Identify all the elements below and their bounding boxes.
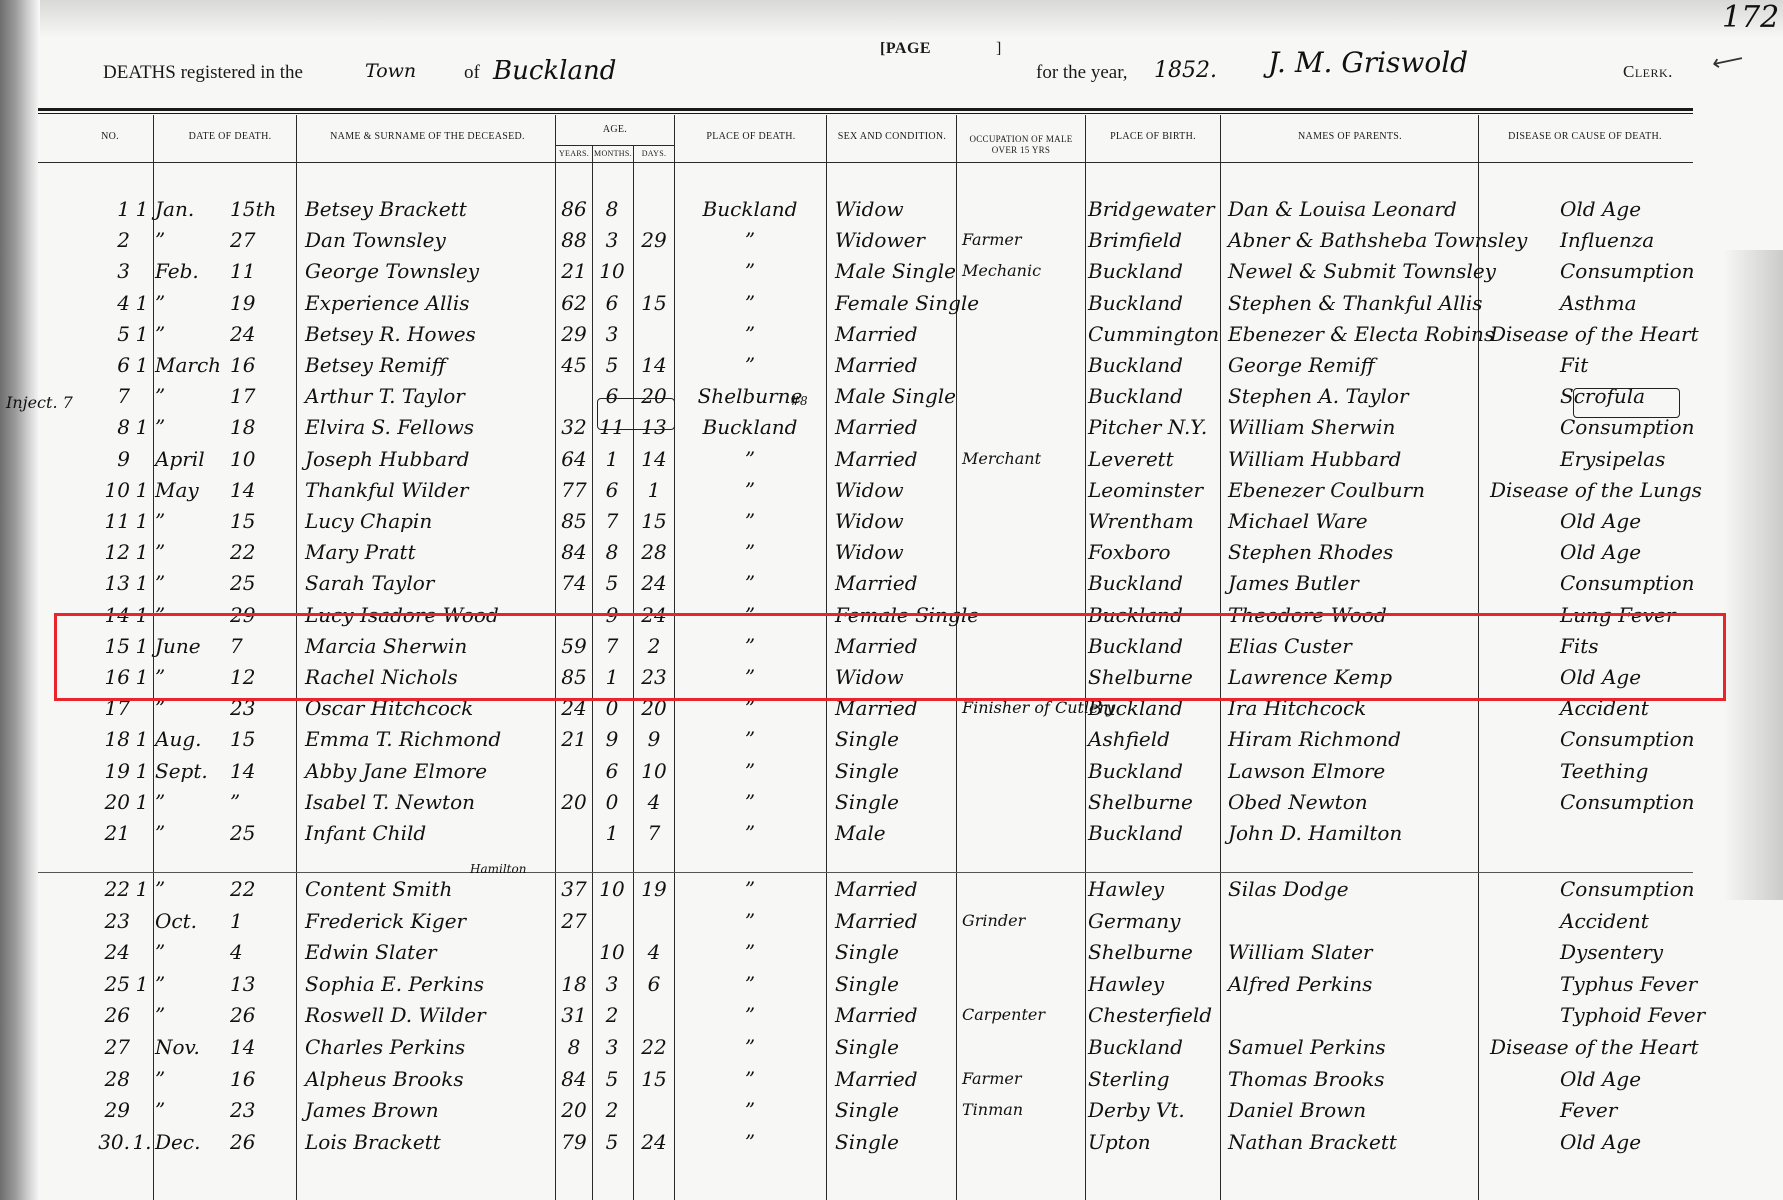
- cell-no: 2: [70, 228, 130, 252]
- cell-no: 22: [70, 877, 130, 901]
- cell-months: 10: [594, 259, 630, 283]
- cell-birthplace: Buckland: [1088, 571, 1218, 595]
- cell-sex: Married: [835, 353, 965, 377]
- col-header-years: Years.: [556, 148, 592, 159]
- cell-no: 7: [70, 384, 130, 408]
- cell-sex: Widow: [835, 540, 965, 564]
- cell-months: 6: [594, 759, 630, 783]
- cell-sex: Married: [835, 1003, 965, 1027]
- cell-name: Thankful Wilder: [305, 478, 560, 502]
- cell-sex: Single: [835, 727, 965, 751]
- page-bracket: ]: [996, 40, 1001, 58]
- cell-month: Jan.: [155, 197, 235, 221]
- cell-occupation: Farmer: [962, 228, 1087, 252]
- cell-mark: 1: [132, 571, 152, 595]
- header-rule-thick: [38, 108, 1693, 111]
- cell-name: Isabel T. Newton: [305, 790, 560, 814]
- cell-cause: Old Age: [1560, 197, 1783, 221]
- cell-month: ”: [155, 790, 235, 814]
- cell-day: 15: [230, 509, 280, 533]
- cell-sex: Widow: [835, 197, 965, 221]
- cell-birthplace: Bridgewater: [1088, 197, 1218, 221]
- cell-day: 13: [230, 972, 280, 996]
- cell-name: Mary Pratt: [305, 540, 560, 564]
- cell-place-of-death: ”: [670, 228, 830, 252]
- age-subheader-rule: [556, 145, 674, 146]
- cell-no: 21: [70, 821, 130, 845]
- cell-name: Roswell D. Wilder: [305, 1003, 560, 1027]
- cell-months: 7: [594, 509, 630, 533]
- age-bracket-row7: [597, 398, 675, 430]
- cell-no: 9: [70, 447, 130, 471]
- cell-month: Dec.: [155, 1130, 235, 1154]
- cell-place-of-death: ”: [670, 1130, 830, 1154]
- cell-name: Edwin Slater: [305, 940, 560, 964]
- cell-no: 28: [70, 1067, 130, 1091]
- cell-no: 20: [70, 790, 130, 814]
- cell-years: 88: [556, 228, 592, 252]
- cell-mark: 1: [132, 353, 152, 377]
- cell-day: 22: [230, 540, 280, 564]
- cell-days: 22: [636, 1035, 672, 1059]
- cell-month: ”: [155, 571, 235, 595]
- cell-birthplace: Pitcher N.Y.: [1088, 415, 1218, 439]
- cell-name: Betsey R. Howes: [305, 322, 560, 346]
- cell-cause: Consumption: [1560, 877, 1783, 901]
- cell-years: 74: [556, 571, 592, 595]
- paper-smudge-top: [40, 0, 1783, 38]
- cell-place-of-death: ”: [670, 759, 830, 783]
- cell-parents: Abner & Bathsheba Townsley: [1228, 228, 1478, 252]
- cell-name: Charles Perkins: [305, 1035, 560, 1059]
- cell-years: 32: [556, 415, 592, 439]
- cell-birthplace: Chesterfield: [1088, 1003, 1218, 1027]
- cell-day: 22: [230, 877, 280, 901]
- cell-days: 1: [636, 478, 672, 502]
- year-label: for the year,: [1036, 62, 1128, 84]
- cell-months: 2: [594, 1098, 630, 1122]
- cell-years: 20: [556, 790, 592, 814]
- cell-no: 25: [70, 972, 130, 996]
- cell-parents: John D. Hamilton: [1228, 821, 1478, 845]
- cell-birthplace: Shelburne: [1088, 940, 1218, 964]
- cell-month: Sept.: [155, 759, 235, 783]
- cell-years: 21: [556, 727, 592, 751]
- cell-sex: Married: [835, 322, 965, 346]
- cell-sex: Widow: [835, 509, 965, 533]
- cell-months: 1: [594, 821, 630, 845]
- cell-day: 18: [230, 415, 280, 439]
- cell-sex: Single: [835, 1035, 965, 1059]
- cell-no: 6: [70, 353, 130, 377]
- cell-sex: Widow: [835, 478, 965, 502]
- cell-place-of-death: ”: [670, 790, 830, 814]
- cell-days: 4: [636, 790, 672, 814]
- cell-days: 19: [636, 877, 672, 901]
- cell-no: 19: [70, 759, 130, 783]
- cell-name: Lucy Chapin: [305, 509, 560, 533]
- cell-name: Sophia E. Perkins: [305, 972, 560, 996]
- cell-day: 15: [230, 727, 280, 751]
- cell-years: 31: [556, 1003, 592, 1027]
- cell-sex: Married: [835, 877, 965, 901]
- cell-day: 25: [230, 571, 280, 595]
- cell-month: ”: [155, 540, 235, 564]
- cell-days: 4: [636, 940, 672, 964]
- cell-months: 3: [594, 1035, 630, 1059]
- cell-month: April: [155, 447, 235, 471]
- cell-birthplace: Hawley: [1088, 877, 1218, 901]
- cell-cause: Consumption: [1560, 727, 1783, 751]
- col-header-no: No.: [80, 131, 140, 142]
- cell-name: Experience Allis: [305, 291, 560, 315]
- cell-birthplace: Wrentham: [1088, 509, 1218, 533]
- cell-years: 86: [556, 197, 592, 221]
- cell-sex: Single: [835, 940, 965, 964]
- cell-cause: Asthma: [1560, 291, 1783, 315]
- col-header-date: Date of Death.: [160, 131, 300, 142]
- cell-no: 10: [70, 478, 130, 502]
- cell-mark: 1: [132, 291, 152, 315]
- cell-sex: Married: [835, 447, 965, 471]
- cell-month: ”: [155, 821, 235, 845]
- cell-months: 3: [594, 972, 630, 996]
- cell-month: ”: [155, 228, 235, 252]
- cell-parents: Thomas Brooks: [1228, 1067, 1478, 1091]
- cell-mark: 1: [132, 972, 152, 996]
- cell-sex: Female Single: [835, 291, 965, 315]
- cell-no: 30.: [70, 1130, 130, 1154]
- cell-years: 62: [556, 291, 592, 315]
- cell-place-of-death: ”: [670, 1067, 830, 1091]
- cell-months: 9: [594, 727, 630, 751]
- col-header-place-of-death: Place of Death.: [676, 131, 826, 142]
- cell-day: 16: [230, 353, 280, 377]
- cell-birthplace: Derby Vt.: [1088, 1098, 1218, 1122]
- cell-name: Frederick Kiger: [305, 909, 560, 933]
- title-deaths-label: DEATHS registered in the: [103, 62, 303, 84]
- cell-sex: Male Single: [835, 384, 965, 408]
- cell-day: 14: [230, 478, 280, 502]
- cell-birthplace: Ashfield: [1088, 727, 1218, 751]
- death-register-page: [PAGE ] 172 ⟵ DEATHS registered in the T…: [0, 0, 1783, 1200]
- cell-no: 27: [70, 1035, 130, 1059]
- cell-place-of-death: ”: [670, 821, 830, 845]
- cell-cause: Old Age: [1560, 540, 1783, 564]
- cell-sex: Widower: [835, 228, 965, 252]
- cell-days: 14: [636, 447, 672, 471]
- cell-months: 1: [594, 447, 630, 471]
- cell-cause: Fever: [1560, 1098, 1783, 1122]
- cell-sex: Single: [835, 1098, 965, 1122]
- cell-months: 8: [594, 540, 630, 564]
- cell-cause: Erysipelas: [1560, 447, 1783, 471]
- cell-parents: William Slater: [1228, 940, 1478, 964]
- cell-mark: 1: [132, 415, 152, 439]
- cell-place-of-death: ”: [670, 1003, 830, 1027]
- cell-cause: Old Age: [1560, 509, 1783, 533]
- cell-name: Emma T. Richmond: [305, 727, 560, 751]
- cell-no: 12: [70, 540, 130, 564]
- cell-name: Elvira S. Fellows: [305, 415, 560, 439]
- cell-birthplace: Buckland: [1088, 384, 1218, 408]
- cell-parents: Silas Dodge: [1228, 877, 1478, 901]
- cell-month: ”: [155, 877, 235, 901]
- cell-mark: 1: [132, 509, 152, 533]
- cell-name: Sarah Taylor: [305, 571, 560, 595]
- cell-parents: Lawson Elmore: [1228, 759, 1478, 783]
- cell-name: Alpheus Brooks: [305, 1067, 560, 1091]
- cell-mark: 1: [132, 727, 152, 751]
- cell-no: 3: [70, 259, 130, 283]
- cell-birthplace: Buckland: [1088, 353, 1218, 377]
- cell-mark: 1: [132, 478, 152, 502]
- cell-occupation: Mechanic: [962, 259, 1087, 283]
- cell-name: Betsey Remiff: [305, 353, 560, 377]
- col-header-sex-condition: Sex and Condition.: [827, 131, 957, 142]
- cell-months: 2: [594, 1003, 630, 1027]
- cell-name: Lois Brackett: [305, 1130, 560, 1154]
- cell-cause: Influenza: [1560, 228, 1783, 252]
- cell-no: 1: [70, 197, 130, 221]
- cell-birthplace: Buckland: [1088, 291, 1218, 315]
- cell-name: Joseph Hubbard: [305, 447, 560, 471]
- cell-months: 8: [594, 197, 630, 221]
- cell-month: Feb.: [155, 259, 235, 283]
- town-name: Buckland: [493, 56, 616, 86]
- cell-month: ”: [155, 384, 235, 408]
- col-header-days: Days.: [634, 148, 674, 159]
- title-of-label: of: [464, 62, 480, 84]
- cell-birthplace: Buckland: [1088, 759, 1218, 783]
- cell-years: 84: [556, 540, 592, 564]
- cell-mark: 1: [132, 759, 152, 783]
- cell-parents: Nathan Brackett: [1228, 1130, 1478, 1154]
- cell-place-of-death: ”: [670, 727, 830, 751]
- cell-birthplace: Buckland: [1088, 259, 1218, 283]
- cell-occupation: Merchant: [962, 447, 1087, 471]
- cell-place-of-death: ”: [670, 259, 830, 283]
- cell-no: 18: [70, 727, 130, 751]
- cell-months: 6: [594, 291, 630, 315]
- cell-no: 4: [70, 291, 130, 315]
- cell-cause: Accident: [1560, 909, 1783, 933]
- town-type: Town: [365, 60, 416, 82]
- cell-sex: Male Single: [835, 259, 965, 283]
- cell-years: 37: [556, 877, 592, 901]
- year-value: 1852.: [1154, 58, 1217, 83]
- cell-birthplace: Upton: [1088, 1130, 1218, 1154]
- cell-parents: Michael Ware: [1228, 509, 1478, 533]
- cell-parents: Alfred Perkins: [1228, 972, 1478, 996]
- cell-occupation: Carpenter: [962, 1003, 1087, 1027]
- cell-parents: William Hubbard: [1228, 447, 1478, 471]
- cell-place-of-death: ”: [670, 972, 830, 996]
- cell-day: 16: [230, 1067, 280, 1091]
- cell-occupation: Farmer: [962, 1067, 1087, 1091]
- cell-mark: 1.: [132, 1130, 152, 1154]
- cell-month: May: [155, 478, 235, 502]
- cell-years: 79: [556, 1130, 592, 1154]
- cell-parents: Dan & Louisa Leonard: [1228, 197, 1478, 221]
- cell-month: Aug.: [155, 727, 235, 751]
- cell-years: 64: [556, 447, 592, 471]
- cell-parents: Hiram Richmond: [1228, 727, 1478, 751]
- cell-years: 8: [556, 1035, 592, 1059]
- cell-months: 5: [594, 1130, 630, 1154]
- cell-place-of-death: ”: [670, 509, 830, 533]
- cell-occupation: Tinman: [962, 1098, 1087, 1122]
- cell-place-of-death: ”: [670, 291, 830, 315]
- cell-place-of-death: ”: [670, 877, 830, 901]
- cell-cause: Dysentery: [1560, 940, 1783, 964]
- cell-place-of-death: ”: [670, 940, 830, 964]
- col-header-months: Months.: [593, 148, 633, 159]
- cell-name: George Townsley: [305, 259, 560, 283]
- cell-birthplace: Cummington: [1088, 322, 1218, 346]
- cell-month: ”: [155, 415, 235, 439]
- cell-sex: Single: [835, 759, 965, 783]
- cell-cause: Old Age: [1560, 1067, 1783, 1091]
- cell-name: Dan Townsley: [305, 228, 560, 252]
- header-bottom-rule: [38, 162, 1693, 163]
- col-header-parents: Names of Parents.: [1221, 131, 1479, 142]
- cell-birthplace: Buckland: [1088, 821, 1218, 845]
- cell-no: 24: [70, 940, 130, 964]
- place-note-row7: #8: [790, 394, 808, 408]
- cell-days: 24: [636, 1130, 672, 1154]
- cell-cause: Disease of the Heart: [1490, 1035, 1750, 1059]
- book-binding-edge: [0, 0, 38, 1200]
- cell-parents: Ebenezer Coulburn: [1228, 478, 1478, 502]
- cell-parents: William Sherwin: [1228, 415, 1478, 439]
- page-label: [PAGE: [880, 40, 931, 58]
- cell-months: 6: [594, 478, 630, 502]
- cell-month: ”: [155, 940, 235, 964]
- cell-day: 11: [230, 259, 280, 283]
- cell-no: 8: [70, 415, 130, 439]
- cell-day: 4: [230, 940, 280, 964]
- cell-no: 26: [70, 1003, 130, 1027]
- cell-parents: Stephen A. Taylor: [1228, 384, 1478, 408]
- cell-day: 19: [230, 291, 280, 315]
- cell-name: Abby Jane Elmore: [305, 759, 560, 783]
- cell-day: 15th: [230, 197, 280, 221]
- cell-day: 17: [230, 384, 280, 408]
- page-number: 172: [1722, 0, 1779, 35]
- cell-month: ”: [155, 972, 235, 996]
- cell-month: ”: [155, 1067, 235, 1091]
- cell-parents: James Butler: [1228, 571, 1478, 595]
- cell-month: Nov.: [155, 1035, 235, 1059]
- arrow-mark-icon: ⟵: [1710, 45, 1746, 77]
- cell-sex: Single: [835, 1130, 965, 1154]
- cell-months: 10: [594, 940, 630, 964]
- cell-place-of-death: ”: [670, 1035, 830, 1059]
- cell-no: 5: [70, 322, 130, 346]
- cell-place-of-death: ”: [670, 353, 830, 377]
- cell-day: ”: [230, 790, 280, 814]
- clerk-label: Clerk.: [1623, 62, 1673, 82]
- cell-days: 15: [636, 291, 672, 315]
- cell-place-of-death: ”: [670, 909, 830, 933]
- cell-occupation: Grinder: [962, 909, 1087, 933]
- cell-place-of-death: ”: [670, 571, 830, 595]
- cell-birthplace: Sterling: [1088, 1067, 1218, 1091]
- cell-parents: Stephen & Thankful Allis: [1228, 291, 1478, 315]
- cell-birthplace: Leominster: [1088, 478, 1218, 502]
- cell-parents: Daniel Brown: [1228, 1098, 1478, 1122]
- cell-cause: Consumption: [1560, 790, 1783, 814]
- cell-day: 1: [230, 909, 280, 933]
- cell-place-of-death: ”: [670, 1098, 830, 1122]
- cell-name: Betsey Brackett: [305, 197, 560, 221]
- cell-parents: Samuel Perkins: [1228, 1035, 1478, 1059]
- cell-birthplace: Foxboro: [1088, 540, 1218, 564]
- cell-cause: Teething: [1560, 759, 1783, 783]
- cell-month: ”: [155, 509, 235, 533]
- col-header-age: Age.: [556, 124, 674, 135]
- cell-cause: Consumption: [1560, 259, 1783, 283]
- cell-years: 18: [556, 972, 592, 996]
- cell-months: 0: [594, 790, 630, 814]
- cell-cause: Old Age: [1560, 1130, 1783, 1154]
- clerk-signature: J. M. Griswold: [1268, 46, 1468, 79]
- cell-mark: 1: [132, 877, 152, 901]
- cell-mark: 1: [132, 790, 152, 814]
- cell-cause: Typhoid Fever: [1560, 1003, 1783, 1027]
- cell-years: 84: [556, 1067, 592, 1091]
- cell-parents: Stephen Rhodes: [1228, 540, 1478, 564]
- cell-month: March: [155, 353, 235, 377]
- cell-sex: Married: [835, 415, 965, 439]
- cell-month: ”: [155, 1003, 235, 1027]
- cell-day: 23: [230, 1098, 280, 1122]
- cell-name: Content Smith: [305, 877, 560, 901]
- cell-days: 7: [636, 821, 672, 845]
- cell-sex: Male: [835, 821, 965, 845]
- cause-bracket-row7: [1573, 388, 1680, 418]
- cell-birthplace: Leverett: [1088, 447, 1218, 471]
- header-rule-thin: [38, 113, 1693, 114]
- cell-years: 45: [556, 353, 592, 377]
- cell-day: 24: [230, 322, 280, 346]
- name-note-row21: Hamilton: [470, 862, 526, 876]
- cell-days: 15: [636, 509, 672, 533]
- cell-sex: Married: [835, 571, 965, 595]
- col-header-occupation: Occupation of Male over 15 Yrs: [957, 134, 1085, 156]
- cell-birthplace: Buckland: [1088, 1035, 1218, 1059]
- cell-place-of-death: ”: [670, 540, 830, 564]
- cell-years: 77: [556, 478, 592, 502]
- cell-cause: Disease of the Lungs: [1490, 478, 1750, 502]
- cell-no: 13: [70, 571, 130, 595]
- cell-days: 24: [636, 571, 672, 595]
- cell-day: 26: [230, 1003, 280, 1027]
- cell-months: 10: [594, 877, 630, 901]
- cell-sex: Single: [835, 790, 965, 814]
- cell-birthplace: Brimfield: [1088, 228, 1218, 252]
- cell-place-of-death: Buckland: [670, 415, 830, 439]
- cell-sex: Married: [835, 1067, 965, 1091]
- cell-days: 14: [636, 353, 672, 377]
- cell-no: 11: [70, 509, 130, 533]
- cell-birthplace: Shelburne: [1088, 790, 1218, 814]
- row-21-separator: [38, 872, 1693, 873]
- cell-years: 21: [556, 259, 592, 283]
- cell-cause: Typhus Fever: [1560, 972, 1783, 996]
- cell-birthplace: Germany: [1088, 909, 1218, 933]
